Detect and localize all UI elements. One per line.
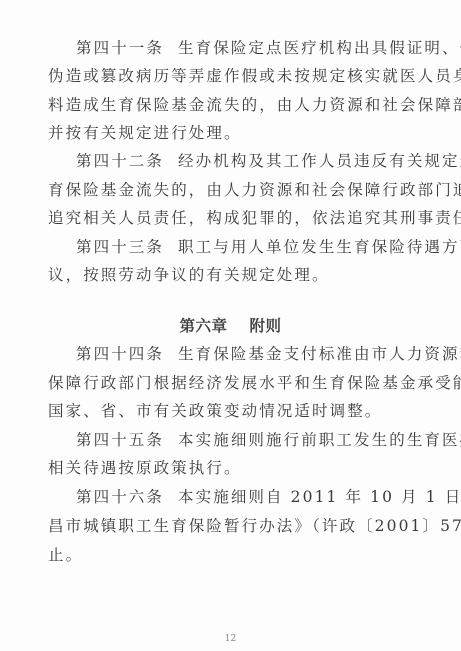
article-46-line-3: 止。 (48, 544, 423, 566)
article-41-line-4: 并按有关规定进行处理。 (48, 122, 423, 144)
article-44-label: 第四十四条 (76, 345, 164, 363)
article-43-line-1: 第四十三条职工与用人单位发生生育保险待遇方面的争 (76, 236, 423, 258)
article-43-label: 第四十三条 (76, 238, 164, 256)
article-42-line-3: 追究相关人员责任，构成犯罪的，依法追究其刑事责任。 (48, 207, 423, 229)
chapter-number: 第六章 (179, 317, 227, 335)
article-42-line-1: 第四十二条经办机构及其工作人员违反有关规定造成生 (76, 150, 423, 172)
article-42-line-2: 育保险基金流失的，由人力资源和社会保障行政部门追回，并 (48, 179, 423, 201)
article-41-label: 第四十一条 (76, 39, 164, 57)
document-page: 第四十一条生育保险定点医疗机构出具假证明、假票据、 伪造或篡改病历等弄虚作假或未… (0, 0, 461, 651)
article-42-label: 第四十二条 (76, 152, 164, 170)
article-44-line-1: 第四十四条生育保险基金支付标准由市人力资源和社会 (76, 343, 423, 365)
article-46-label: 第四十六条 (76, 488, 164, 506)
article-45-line-2: 相关待遇按原政策执行。 (48, 457, 423, 479)
chapter-heading: 第六章附则 (0, 314, 461, 336)
page-number: 12 (0, 634, 461, 644)
article-41-line-3: 料造成生育保险基金流失的，由人力资源和社会保障部门追回， (48, 94, 423, 116)
article-45-line-1: 第四十五条本实施细则施行前职工发生的生育医疗费及 (76, 429, 423, 451)
article-44-line-2: 保障行政部门根据经济发展水平和生育保险基金承受能力以及 (48, 372, 423, 394)
article-46-line-1: 第四十六条本实施细则自 2011 年 10 月 1 日起实施，《许 (76, 486, 423, 508)
article-46-line-2: 昌市城镇职工生育保险暂行办法》（许政〔2001〕57 号）同时废 (48, 515, 423, 537)
article-45-label: 第四十五条 (76, 431, 164, 449)
article-41-line-1: 第四十一条生育保险定点医疗机构出具假证明、假票据、 (76, 37, 423, 59)
article-44-line-3: 国家、省、市有关政策变动情况适时调整。 (48, 400, 423, 422)
article-41-line-2: 伪造或篡改病历等弄虚作假或未按规定核实就医人员身份与材 (48, 65, 423, 87)
chapter-title: 附则 (250, 317, 282, 335)
article-43-line-2: 议，按照劳动争议的有关规定处理。 (48, 264, 423, 286)
